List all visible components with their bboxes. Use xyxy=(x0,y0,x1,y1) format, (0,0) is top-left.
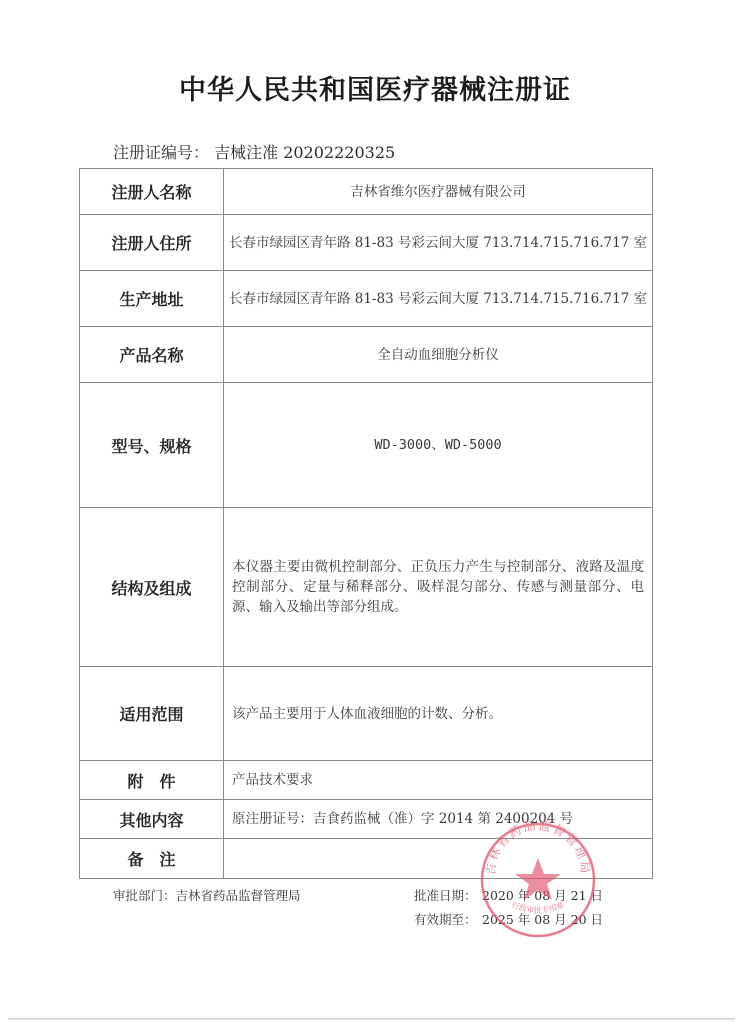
row-key: 其他内容 xyxy=(80,800,224,839)
row-key: 适用范围 xyxy=(80,667,224,761)
page-bottom-rule xyxy=(8,1018,735,1020)
registration-number-label: 注册证编号： xyxy=(113,143,209,162)
table-row-registrant-address: 注册人住所 长春市绿园区青年路 81-83 号彩云间大厦 713.714.715… xyxy=(80,215,653,271)
row-value: 产品技术要求 xyxy=(224,761,653,800)
row-value: 长春市绿园区青年路 81-83 号彩云间大厦 713.714.715.716.7… xyxy=(224,271,653,327)
row-value: 吉林省维尔医疗器械有限公司 xyxy=(224,169,653,215)
row-value: 长春市绿园区青年路 81-83 号彩云间大厦 713.714.715.716.7… xyxy=(224,215,653,271)
row-key: 注册人住所 xyxy=(80,215,224,271)
row-key: 产品名称 xyxy=(80,327,224,383)
valid-until-label: 有效期至： xyxy=(414,910,482,928)
row-key: 型号、规格 xyxy=(80,383,224,508)
row-value: 全自动血细胞分析仪 xyxy=(224,327,653,383)
table-row-production-address: 生产地址 长春市绿园区青年路 81-83 号彩云间大厦 713.714.715.… xyxy=(80,271,653,327)
row-value xyxy=(224,839,653,879)
valid-until-value: 2025 年 08 月 20 日 xyxy=(482,912,603,927)
row-value: 该产品主要用于人体血液细胞的计数、分析。 xyxy=(224,667,653,761)
row-key: 结构及组成 xyxy=(80,508,224,667)
registration-number: 注册证编号： 吉械注准 20202220325 xyxy=(113,140,395,163)
row-value: 原注册证号：吉食药监械（准）字 2014 第 2400204 号 xyxy=(224,800,653,839)
table-row-product-name: 产品名称 全自动血细胞分析仪 xyxy=(80,327,653,383)
certificate-table: 注册人名称 吉林省维尔医疗器械有限公司 注册人住所 长春市绿园区青年路 81-8… xyxy=(79,168,653,879)
approval-date-label: 批准日期： xyxy=(414,886,482,904)
row-key: 附 件 xyxy=(80,761,224,800)
valid-until: 有效期至：2025 年 08 月 20 日 xyxy=(414,910,603,928)
approval-department-value: 吉林省药品监督管理局 xyxy=(176,888,301,903)
document-title: 中华人民共和国医疗器械注册证 xyxy=(0,68,750,107)
row-key: 注册人名称 xyxy=(80,169,224,215)
table-row-structure: 结构及组成 本仪器主要由微机控制部分、正负压力产生与控制部分、液路及温度控制部分… xyxy=(80,508,653,667)
row-value: 本仪器主要由微机控制部分、正负压力产生与控制部分、液路及温度控制部分、定量与稀释… xyxy=(224,508,653,667)
table-row-other: 其他内容 原注册证号：吉食药监械（准）字 2014 第 2400204 号 xyxy=(80,800,653,839)
table-row-attachment: 附 件 产品技术要求 xyxy=(80,761,653,800)
table-row-registrant-name: 注册人名称 吉林省维尔医疗器械有限公司 xyxy=(80,169,653,215)
table-row-model-spec: 型号、规格 WD-3000、WD-5000 xyxy=(80,383,653,508)
approval-date-value: 2020 年 08 月 21 日 xyxy=(482,888,603,903)
approval-date: 批准日期：2020 年 08 月 21 日 xyxy=(414,886,603,904)
approval-department-label: 审批部门： xyxy=(113,888,176,903)
row-key: 备 注 xyxy=(80,839,224,879)
row-key: 生产地址 xyxy=(80,271,224,327)
table-row-scope: 适用范围 该产品主要用于人体血液细胞的计数、分析。 xyxy=(80,667,653,761)
registration-number-value: 吉械注准 20202220325 xyxy=(214,143,395,162)
row-value: WD-3000、WD-5000 xyxy=(224,383,653,508)
table-row-remarks: 备 注 xyxy=(80,839,653,879)
approval-department: 审批部门：吉林省药品监督管理局 xyxy=(113,886,301,904)
